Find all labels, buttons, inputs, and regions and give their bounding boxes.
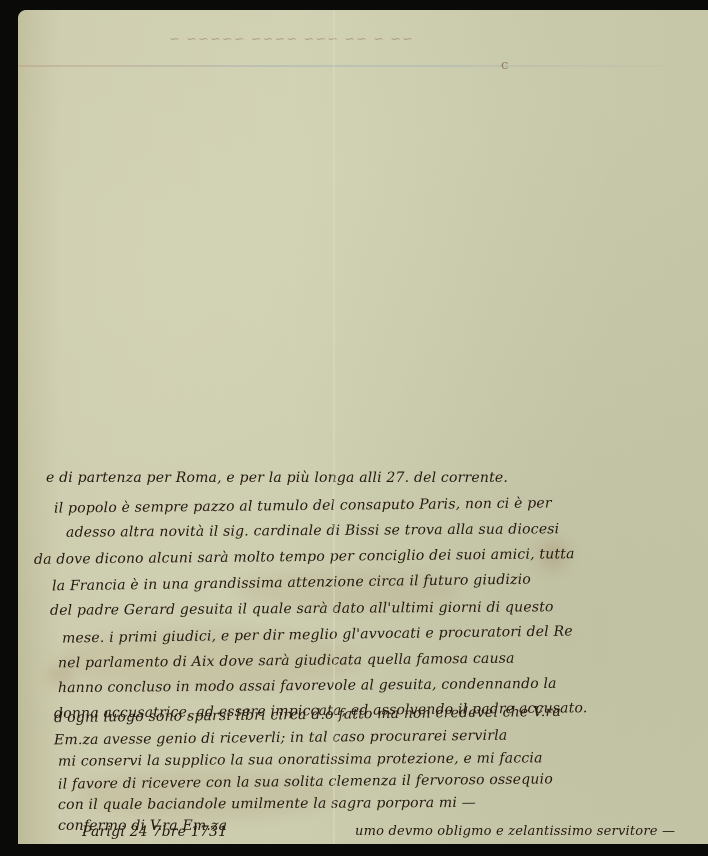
letter-dateline: Parigi 24 7bre 1731 xyxy=(82,824,227,840)
letter-body: e di partenza per Roma, e per la più lon… xyxy=(18,10,708,844)
scanned-document: ~~ ~ ~~ ~~~ ~~~~ ~~~~~ ~ c e di partenza… xyxy=(0,0,708,856)
letter-line: e di partenza per Roma, e per la più lon… xyxy=(46,470,508,486)
letter-line: mese. i primi giudici, e per dir meglio … xyxy=(62,623,573,646)
letter-line: da dove dicono alcuni sarà molto tempo p… xyxy=(34,546,575,568)
letter-line: del padre Gerard gesuita il quale sarà d… xyxy=(50,599,554,619)
letter-line: Em.za avesse genio di riceverli; in tal … xyxy=(54,728,508,749)
letter-line: il favore di ricevere con la sua solita … xyxy=(58,771,553,792)
letter-line: adesso altra novità il sig. cardinale di… xyxy=(66,521,559,540)
manuscript-page: ~~ ~ ~~ ~~~ ~~~~ ~~~~~ ~ c e di partenza… xyxy=(18,10,708,844)
letter-line: il popolo è sempre pazzo al tumulo del c… xyxy=(54,495,552,516)
letter-closing: umo devmo obligmo e zelantissimo servito… xyxy=(355,824,675,839)
letter-line: nel parlamento di Aix dove sarà giudicat… xyxy=(58,651,515,672)
letter-line: con il quale baciandole umilmente la sag… xyxy=(58,795,476,813)
letter-line: hanno concluso in modo assai favorevole … xyxy=(58,676,557,696)
letter-line: mi conservi la supplico la sua onoratiss… xyxy=(58,750,543,769)
letter-line: la Francia è in una grandissima attenzio… xyxy=(52,572,531,595)
